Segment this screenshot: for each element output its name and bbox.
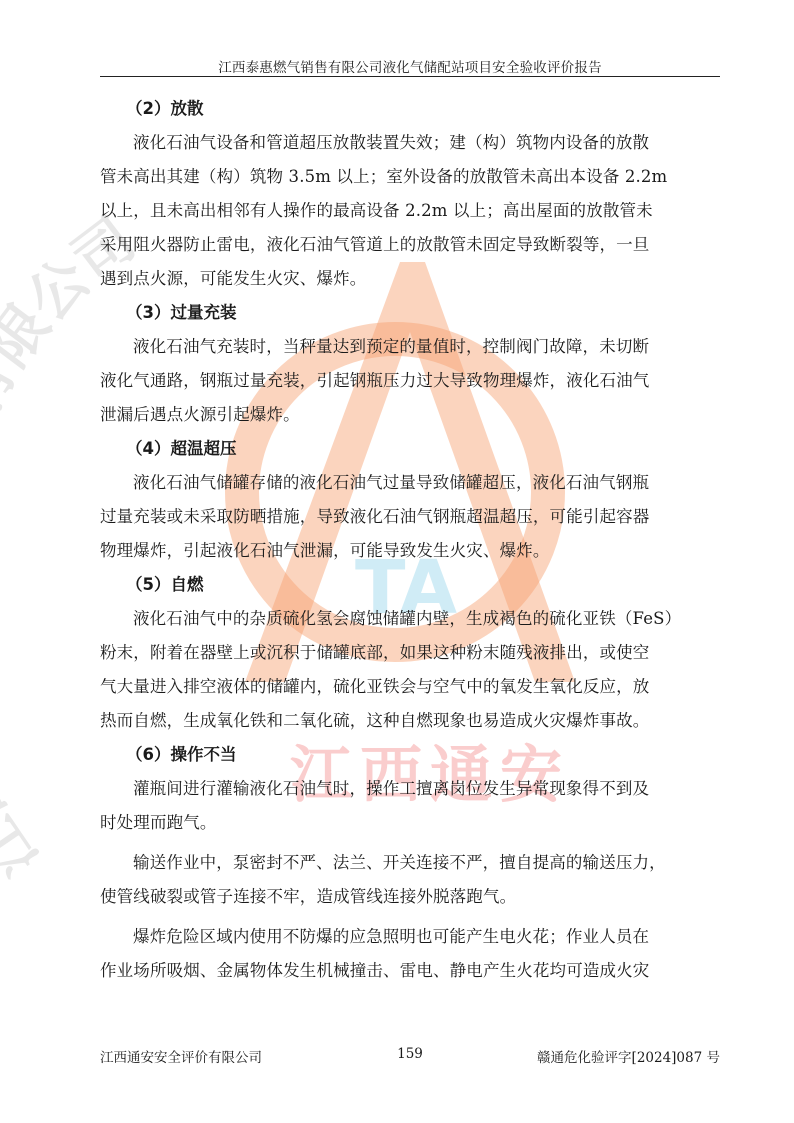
text-line: 液化石油气设备和管道超压放散装置失效；建（构）筑物内设备的放散 [100, 126, 720, 160]
text-line: 气大量进入排空液体的储罐内，硫化亚铁会与空气中的氧发生氧化反应，放 [100, 670, 720, 704]
text-line: 液化气通路，钢瓶过量充装，引起钢瓶压力过大导致物理爆炸，液化石油气 [100, 364, 720, 398]
text-line: 热而自燃，生成氧化铁和二氧化硫，这种自燃现象也易造成火灾爆炸事故。 [100, 704, 720, 738]
text-line: 输送作业中，泵密封不严、法兰、开关连接不严，擅自提高的输送压力， [100, 846, 720, 880]
section-title: （6）操作不当 [100, 738, 720, 772]
paragraph: 灌瓶间进行灌输液化石油气时，操作工擅离岗位发生异常现象得不到及时处理而跑气。 [100, 772, 720, 840]
text-line: 管未高出其建（构）筑物 3.5m 以上；室外设备的放散管未高出本设备 2.2m [100, 160, 720, 194]
paragraph: 液化石油气充装时，当秤量达到预定的量值时，控制阀门故障，未切断液化气通路，钢瓶过… [100, 330, 720, 432]
text-line: 灌瓶间进行灌输液化石油气时，操作工擅离岗位发生异常现象得不到及 [100, 772, 720, 806]
text-line: 液化石油气储罐存储的液化石油气过量导致储罐超压，液化石油气钢瓶 [100, 466, 720, 500]
section-title: （2）放散 [100, 92, 720, 126]
text-line: 以上，且未高出相邻有人操作的最高设备 2.2m 以上；高出屋面的放散管未 [100, 194, 720, 228]
page-header: 江西泰惠燃气销售有限公司液化气储配站项目安全验收评价报告 [100, 56, 720, 76]
text-line: 作业场所吸烟、金属物体发生机械撞击、雷电、静电产生火花均可造成火灾 [100, 954, 720, 988]
paragraph: 液化石油气中的杂质硫化氢会腐蚀储罐内壁，生成褐色的硫化亚铁（FeS）粉末，附着在… [100, 602, 720, 738]
text-line: 过量充装或未采取防晒措施，导致液化石油气钢瓶超温超压，可能引起容器 [100, 500, 720, 534]
paragraph: 爆炸危险区域内使用不防爆的应急照明也可能产生电火花；作业人员在作业场所吸烟、金属… [100, 920, 720, 988]
document-number: 赣通危化验评字[2024]087 号 [537, 1046, 720, 1066]
text-line: 爆炸危险区域内使用不防爆的应急照明也可能产生电火花；作业人员在 [100, 920, 720, 954]
paragraph: 液化石油气储罐存储的液化石油气过量导致储罐超压，液化石油气钢瓶过量充装或未采取防… [100, 466, 720, 568]
text-line: 液化石油气充装时，当秤量达到预定的量值时，控制阀门故障，未切断 [100, 330, 720, 364]
text-line: 采用阻火器防止雷电，液化石油气管道上的放散管未固定导致断裂等，一旦 [100, 228, 720, 262]
paragraph: 输送作业中，泵密封不严、法兰、开关连接不严，擅自提高的输送压力，使管线破裂或管子… [100, 846, 720, 914]
section-title: （4）超温超压 [100, 432, 720, 466]
text-line: 时处理而跑气。 [100, 806, 720, 840]
text-line: 遇到点火源，可能发生火灾、爆炸。 [100, 262, 720, 296]
text-line: 使管线破裂或管子连接不牢，造成管线连接外脱落跑气。 [100, 880, 720, 914]
section-title: （3）过量充装 [100, 296, 720, 330]
section-title: （5）自燃 [100, 568, 720, 602]
text-line: 泄漏后遇点火源引起爆炸。 [100, 398, 720, 432]
text-line: 粉末，附着在器壁上或沉积于储罐底部，如果这种粉末随残液排出，或使空 [100, 636, 720, 670]
paragraph: 液化石油气设备和管道超压放散装置失效；建（构）筑物内设备的放散管未高出其建（构）… [100, 126, 720, 296]
document-body: （2）放散液化石油气设备和管道超压放散装置失效；建（构）筑物内设备的放散管未高出… [100, 92, 720, 988]
header-divider [100, 76, 720, 77]
text-line: 物理爆炸，引起液化石油气泄漏，可能导致发生火灾、爆炸。 [100, 534, 720, 568]
text-line: 液化石油气中的杂质硫化氢会腐蚀储罐内壁，生成褐色的硫化亚铁（FeS） [100, 602, 720, 636]
